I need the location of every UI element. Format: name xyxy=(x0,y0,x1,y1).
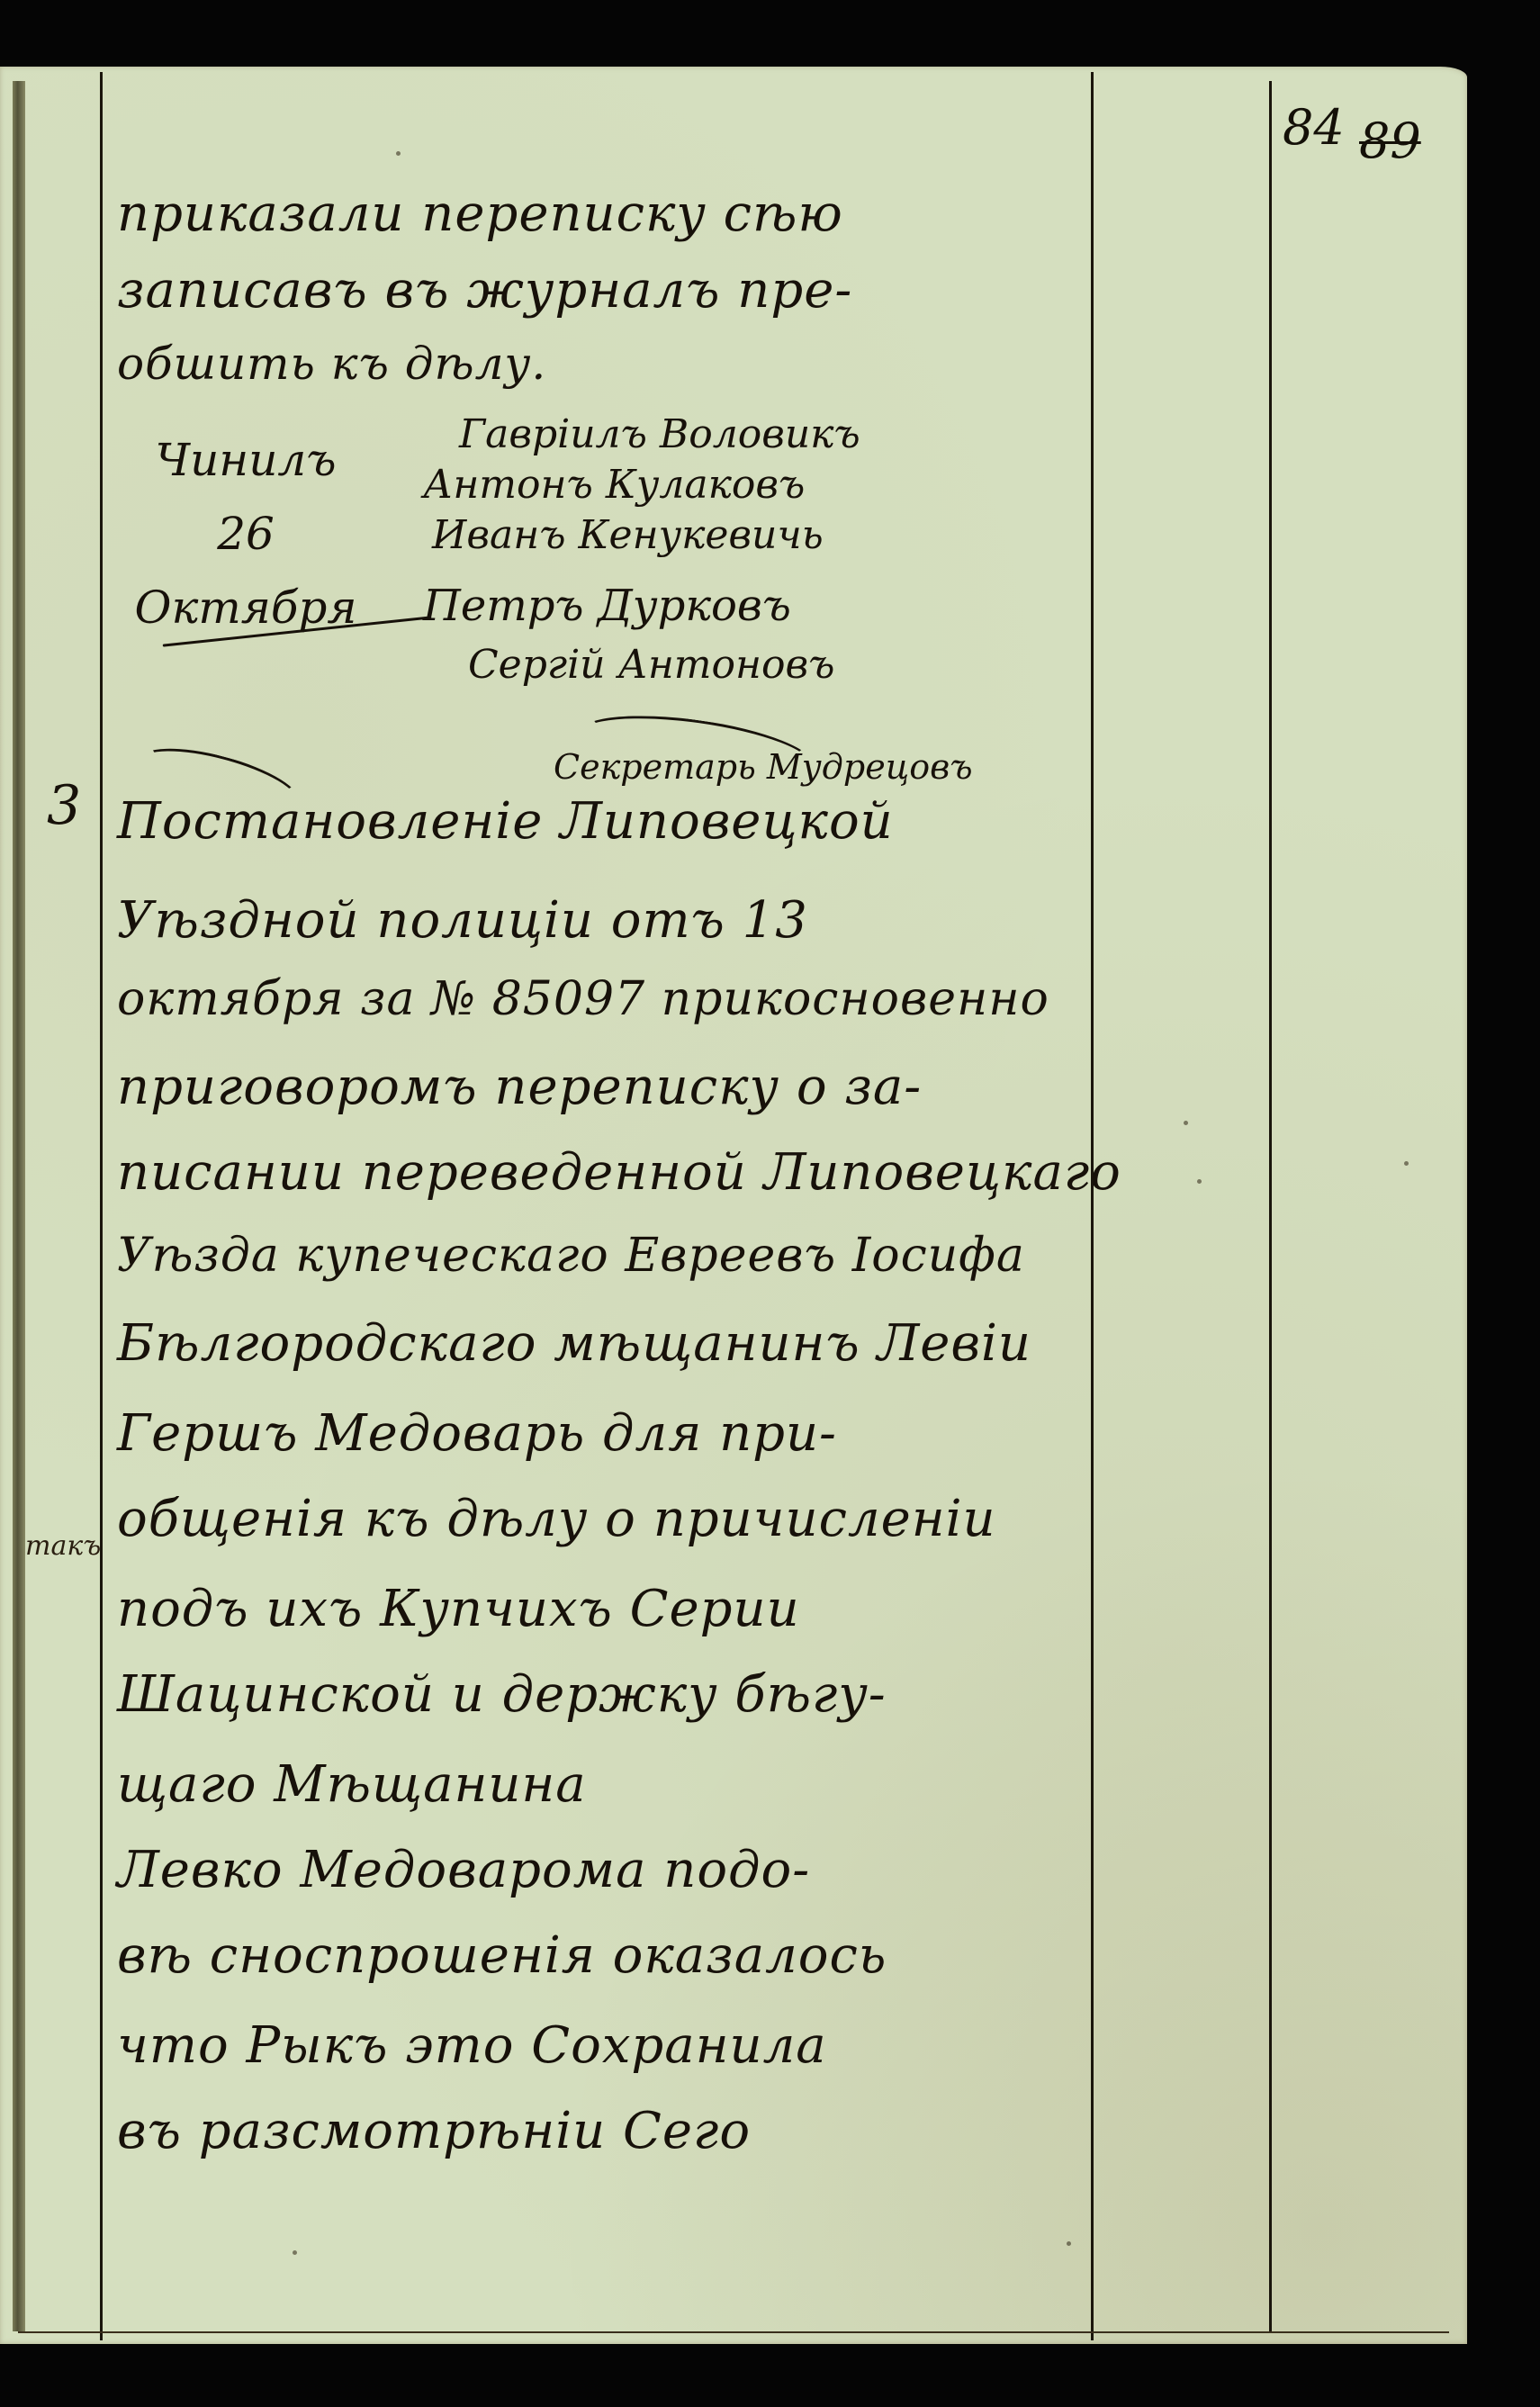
document-page xyxy=(0,67,1467,2344)
entry-line: Уѣздной полиціи отъ 13 xyxy=(117,891,808,950)
signature: Антонъ Кулаковъ xyxy=(423,460,860,510)
entry-line: Бѣлгородскаго мѣщанинъ Левіи xyxy=(117,1314,1031,1373)
date-column: Чинилъ 26 Октября xyxy=(133,423,358,645)
ink-speck xyxy=(1184,1121,1188,1125)
date-day: 26 xyxy=(133,497,358,571)
folio-number-struck: 89 xyxy=(1359,113,1421,169)
margin-annotation: такъ xyxy=(25,1530,101,1562)
entry-number: 3 xyxy=(47,774,81,837)
entry-line: щаго Мѣщанина xyxy=(117,1755,587,1814)
entry-line: Уѣзда купеческаго Евреевъ Іосифа xyxy=(117,1229,1025,1283)
entry-line: октября за № 85097 прикосновенно xyxy=(117,972,1049,1026)
date-month: Октября xyxy=(133,571,358,645)
text-column-rule xyxy=(1091,72,1094,2340)
signature: Гавріилъ Воловикъ xyxy=(459,410,860,460)
signature: Иванъ Кенукевичь xyxy=(432,510,860,561)
continuation-line: обшить къ дѣлу. xyxy=(117,338,546,390)
continuation-line: записавъ въ журналъ пре- xyxy=(117,261,852,320)
ink-speck xyxy=(1067,2241,1071,2246)
entry-line: Постановленіе Липовецкой xyxy=(117,792,894,851)
entry-line: общенія къ дѣлу о причисленіи xyxy=(117,1490,996,1548)
binding-fold xyxy=(13,81,25,2331)
ink-speck xyxy=(1197,1179,1202,1184)
ink-speck xyxy=(1404,1161,1409,1166)
entry-line: вѣ сноспрошенія оказалось xyxy=(117,1926,887,1985)
entry-line: Гершъ Медоварь для при- xyxy=(117,1404,837,1463)
signature: Петръ Дурковъ xyxy=(423,581,860,631)
folio-number: 84 xyxy=(1283,99,1345,156)
ink-speck xyxy=(396,151,401,156)
continuation-line: приказали переписку сѣю xyxy=(117,185,843,243)
signature: Сергій Антоновъ xyxy=(468,640,860,690)
signature-block: Гавріилъ Воловикъ Антонъ Кулаковъ Иванъ … xyxy=(423,410,860,690)
ink-speck xyxy=(432,288,437,293)
page-bottom-edge xyxy=(18,2331,1449,2333)
entry-line: Левко Медоварома подо- xyxy=(117,1841,810,1899)
left-margin-rule xyxy=(100,72,103,2340)
entry-line: Шацинской и держку бѣгу- xyxy=(117,1665,887,1724)
ink-speck xyxy=(293,2250,297,2255)
entry-line: что Рыкъ это Сохранила xyxy=(117,2016,827,2075)
entry-line: писании переведенной Липовецкаго xyxy=(117,1143,1121,1202)
folio-column-rule xyxy=(1269,81,1272,2331)
entry-line: въ разсмотрѣніи Сего xyxy=(117,2102,751,2160)
entry-line: приговоромъ переписку о за- xyxy=(117,1058,922,1116)
entry-line: подъ ихъ Купчихъ Серии xyxy=(117,1580,800,1638)
date-label: Чинилъ xyxy=(133,423,358,497)
